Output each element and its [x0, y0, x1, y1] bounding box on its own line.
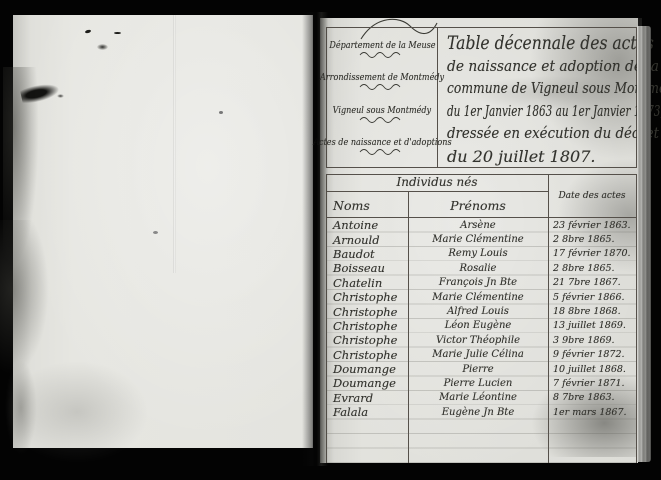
cell-prenoms: Arsène	[408, 220, 548, 231]
cell-prenoms: François Jn Bte	[408, 277, 548, 288]
cell-prenoms: Remy Louis	[408, 248, 548, 259]
cell-date: 2 8bre 1865.	[548, 263, 636, 274]
registry-heading: Vigneul sous Montmédy	[324, 105, 440, 123]
table-row: Evrard Marie Léontine 8 7bre 1863.	[326, 391, 636, 405]
paper-stain	[0, 220, 49, 375]
cell-date: 2 8bre 1865.	[548, 234, 636, 245]
cell-date: 8 7bre 1863.	[548, 392, 636, 403]
table-body: Antoine Arsène 23 février 1863. Arnould …	[326, 218, 636, 463]
cell-prenoms: Pierre	[408, 364, 548, 375]
cell-date: 10 juillet 1868.	[548, 364, 636, 375]
cell-nom: Chatelin	[326, 276, 408, 290]
cell-date: 9 février 1872.	[548, 349, 636, 360]
cell-prenoms: Marie Clémentine	[408, 234, 548, 245]
table-row: Antoine Arsène 23 février 1863.	[326, 218, 636, 232]
title-line: du 1er Janvier 1863 au 1er Janvier 1873,	[447, 101, 661, 123]
table-row: Christophe Alfred Louis 18 8bre 1868.	[326, 304, 636, 318]
table-row: Christophe Marie Julie Célina 9 février …	[326, 348, 636, 362]
column-header-date-des-actes: Date des actes	[550, 174, 634, 217]
paper-stain	[5, 360, 37, 455]
administrative-headings: Département de la Meuse Arrondissement d…	[327, 28, 438, 167]
ink-speck	[97, 44, 108, 50]
flourish-underline-icon	[358, 82, 406, 90]
table-border	[326, 191, 548, 192]
cell-prenoms: Marie Léontine	[408, 392, 548, 403]
table-row: Chatelin François Jn Bte 21 7bre 1867.	[326, 276, 636, 290]
cell-nom: Christophe	[326, 290, 408, 304]
group-header-individus-nes: Individus nés	[326, 174, 548, 191]
ink-stain	[20, 81, 60, 105]
cell-date: 21 7bre 1867.	[548, 277, 636, 288]
cell-nom: Boisseau	[326, 261, 408, 275]
paper-stain	[3, 67, 39, 267]
cell-date: 23 février 1863.	[548, 220, 636, 231]
cell-prenoms: Eugène Jn Bte	[408, 407, 548, 418]
cell-prenoms: Marie Julie Célina	[408, 349, 548, 360]
cell-nom: Doumange	[326, 362, 408, 376]
cell-date: 7 février 1871.	[548, 378, 636, 389]
ink-stain	[57, 94, 64, 98]
cell-prenoms: Rosalie	[408, 263, 548, 274]
ink-speck	[219, 111, 223, 114]
page-crease	[173, 15, 176, 273]
cell-date: 3 9bre 1869.	[548, 335, 636, 346]
registry-heading: Arrondissement de Montmédy	[309, 72, 455, 90]
cell-nom: Baudot	[326, 247, 408, 261]
paper-smudge	[7, 362, 147, 462]
table-row: Arnould Marie Clémentine 2 8bre 1865.	[326, 232, 636, 246]
cell-nom: Christophe	[326, 319, 408, 333]
table-row: Baudot Remy Louis 17 février 1870.	[326, 247, 636, 261]
registry-heading-text: Département de la Meuse	[329, 40, 435, 51]
flourish-underline-icon	[358, 50, 406, 58]
cell-date: 17 février 1870.	[548, 248, 636, 259]
table-row: Christophe Marie Clémentine 5 février 18…	[326, 290, 636, 304]
column-header-noms: Noms	[333, 194, 403, 217]
registry-heading: Département de la Meuse	[320, 40, 445, 58]
page-edge-stack	[637, 26, 651, 462]
cell-prenoms: Pierre Lucien	[408, 378, 548, 389]
cell-prenoms: Marie Clémentine	[408, 292, 548, 303]
cell-prenoms: Victor Théophile	[408, 335, 548, 346]
cell-date: 18 8bre 1868.	[548, 306, 636, 317]
ink-speck	[85, 29, 92, 33]
cell-prenoms: Léon Eugène	[408, 320, 548, 331]
cell-nom: Christophe	[326, 305, 408, 319]
cell-nom: Christophe	[326, 333, 408, 347]
column-header-prenoms: Prénoms	[408, 194, 548, 217]
cell-prenoms: Alfred Louis	[408, 306, 548, 317]
cell-nom: Christophe	[326, 348, 408, 362]
cell-nom: Antoine	[326, 218, 408, 232]
header-box: Département de la Meuse Arrondissement d…	[326, 27, 637, 168]
cell-nom: Arnould	[326, 233, 408, 247]
scanned-register-photo: Département de la Meuse Arrondissement d…	[0, 0, 661, 480]
title-line: de naissance et adoption de la	[447, 56, 661, 78]
ink-speck	[153, 231, 158, 234]
title-line: commune de Vigneul sous Montmédy	[447, 78, 661, 100]
title-line: du 20 juillet 1807.	[447, 146, 661, 168]
flourish-underline-icon	[358, 115, 406, 123]
registry-heading-text: Actes de naissance et d'adoptions	[313, 137, 451, 148]
title-block: Table décennale des actesde naissance et…	[438, 28, 661, 167]
cell-date: 1er mars 1867.	[548, 407, 636, 418]
cell-nom: Doumange	[326, 376, 408, 390]
cell-date: 13 juillet 1869.	[548, 320, 636, 331]
title-line: Table décennale des actes	[447, 31, 661, 56]
table-row: Doumange Pierre Lucien 7 février 1871.	[326, 376, 636, 390]
cell-nom: Falala	[326, 405, 408, 419]
cell-nom: Evrard	[326, 391, 408, 405]
table-row: Christophe Léon Eugène 13 juillet 1869.	[326, 319, 636, 333]
table-row: Christophe Victor Théophile 3 9bre 1869.	[326, 333, 636, 347]
register-page: Département de la Meuse Arrondissement d…	[320, 18, 638, 463]
ink-speck	[114, 32, 121, 34]
title-line: dressée en exécution du décret	[447, 123, 661, 145]
table-row: Falala Eugène Jn Bte 1er mars 1867.	[326, 405, 636, 419]
book-gutter-shadow	[302, 12, 328, 466]
registry-heading-text: Arrondissement de Montmédy	[320, 72, 444, 83]
cell-date: 5 février 1866.	[548, 292, 636, 303]
left-blank-page	[13, 15, 313, 448]
table-row: Doumange Pierre 10 juillet 1868.	[326, 362, 636, 376]
flourish-underline-icon	[358, 147, 406, 155]
table-row: Boisseau Rosalie 2 8bre 1865.	[326, 261, 636, 275]
registry-heading-text: Vigneul sous Montmédy	[333, 105, 431, 116]
